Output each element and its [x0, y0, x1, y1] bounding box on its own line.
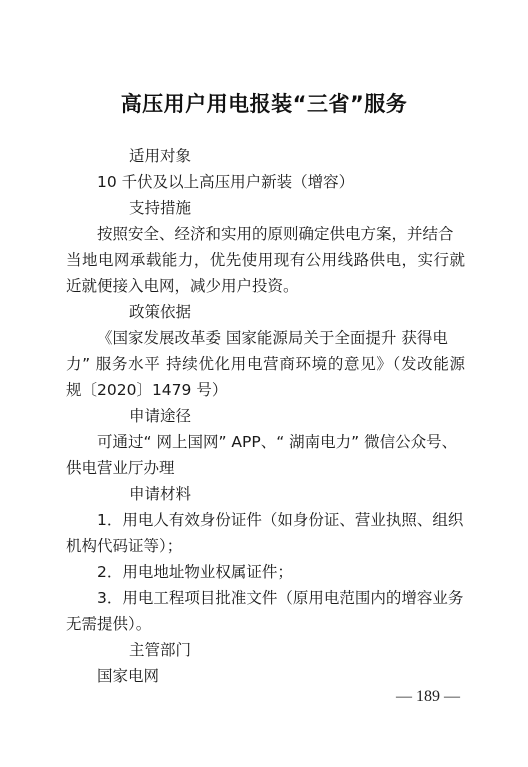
- applicable-text: 10 千伏及以上高压用户新装（增容）: [97, 172, 497, 192]
- policy-line-3: 规〔2020〕1479 号）: [66, 380, 466, 400]
- section-heading-applicable: 适用对象: [129, 146, 528, 166]
- measures-line-2: 当地电网承载能力，优先使用现有公用线路供电，实行就: [66, 250, 465, 270]
- materials-item-1-cont: 机构代码证等）；: [66, 536, 466, 556]
- materials-item-2: 2．用电地址物业权属证件；: [97, 562, 497, 582]
- document-title: 高压用户用电报装“三省”服务: [0, 88, 528, 118]
- section-heading-policy: 政策依据: [129, 302, 528, 322]
- materials-item-3: 3．用电工程项目批准文件（原用电范围内的增容业务: [97, 588, 497, 608]
- materials-item-1: 1．用电人有效身份证件（如身份证、营业执照、组织: [97, 510, 497, 530]
- section-heading-materials: 申请材料: [129, 484, 528, 504]
- channels-line-1: 可通过“ 网上国网” APP、“ 湖南电力” 微信公众号、: [97, 432, 497, 452]
- materials-item-3-cont: 无需提供）。: [66, 614, 466, 634]
- section-heading-authority: 主管部门: [129, 640, 528, 660]
- channels-line-2: 供电营业厅办理: [66, 458, 466, 478]
- measures-line-3: 近就便接入电网，减少用户投资。: [66, 276, 466, 296]
- policy-line-1: 《国家发展改革委 国家能源局关于全面提升 获得电: [97, 328, 497, 348]
- policy-line-2: 力” 服务水平 持续优化用电营商环境的意见》（发改能源: [66, 354, 465, 374]
- section-heading-measures: 支持措施: [129, 198, 528, 218]
- measures-line-1: 按照安全、经济和实用的原则确定供电方案，并结合: [97, 224, 465, 244]
- section-heading-channels: 申请途径: [129, 406, 528, 426]
- authority-text: 国家电网: [97, 666, 497, 686]
- page-number: — 189 —: [396, 688, 460, 706]
